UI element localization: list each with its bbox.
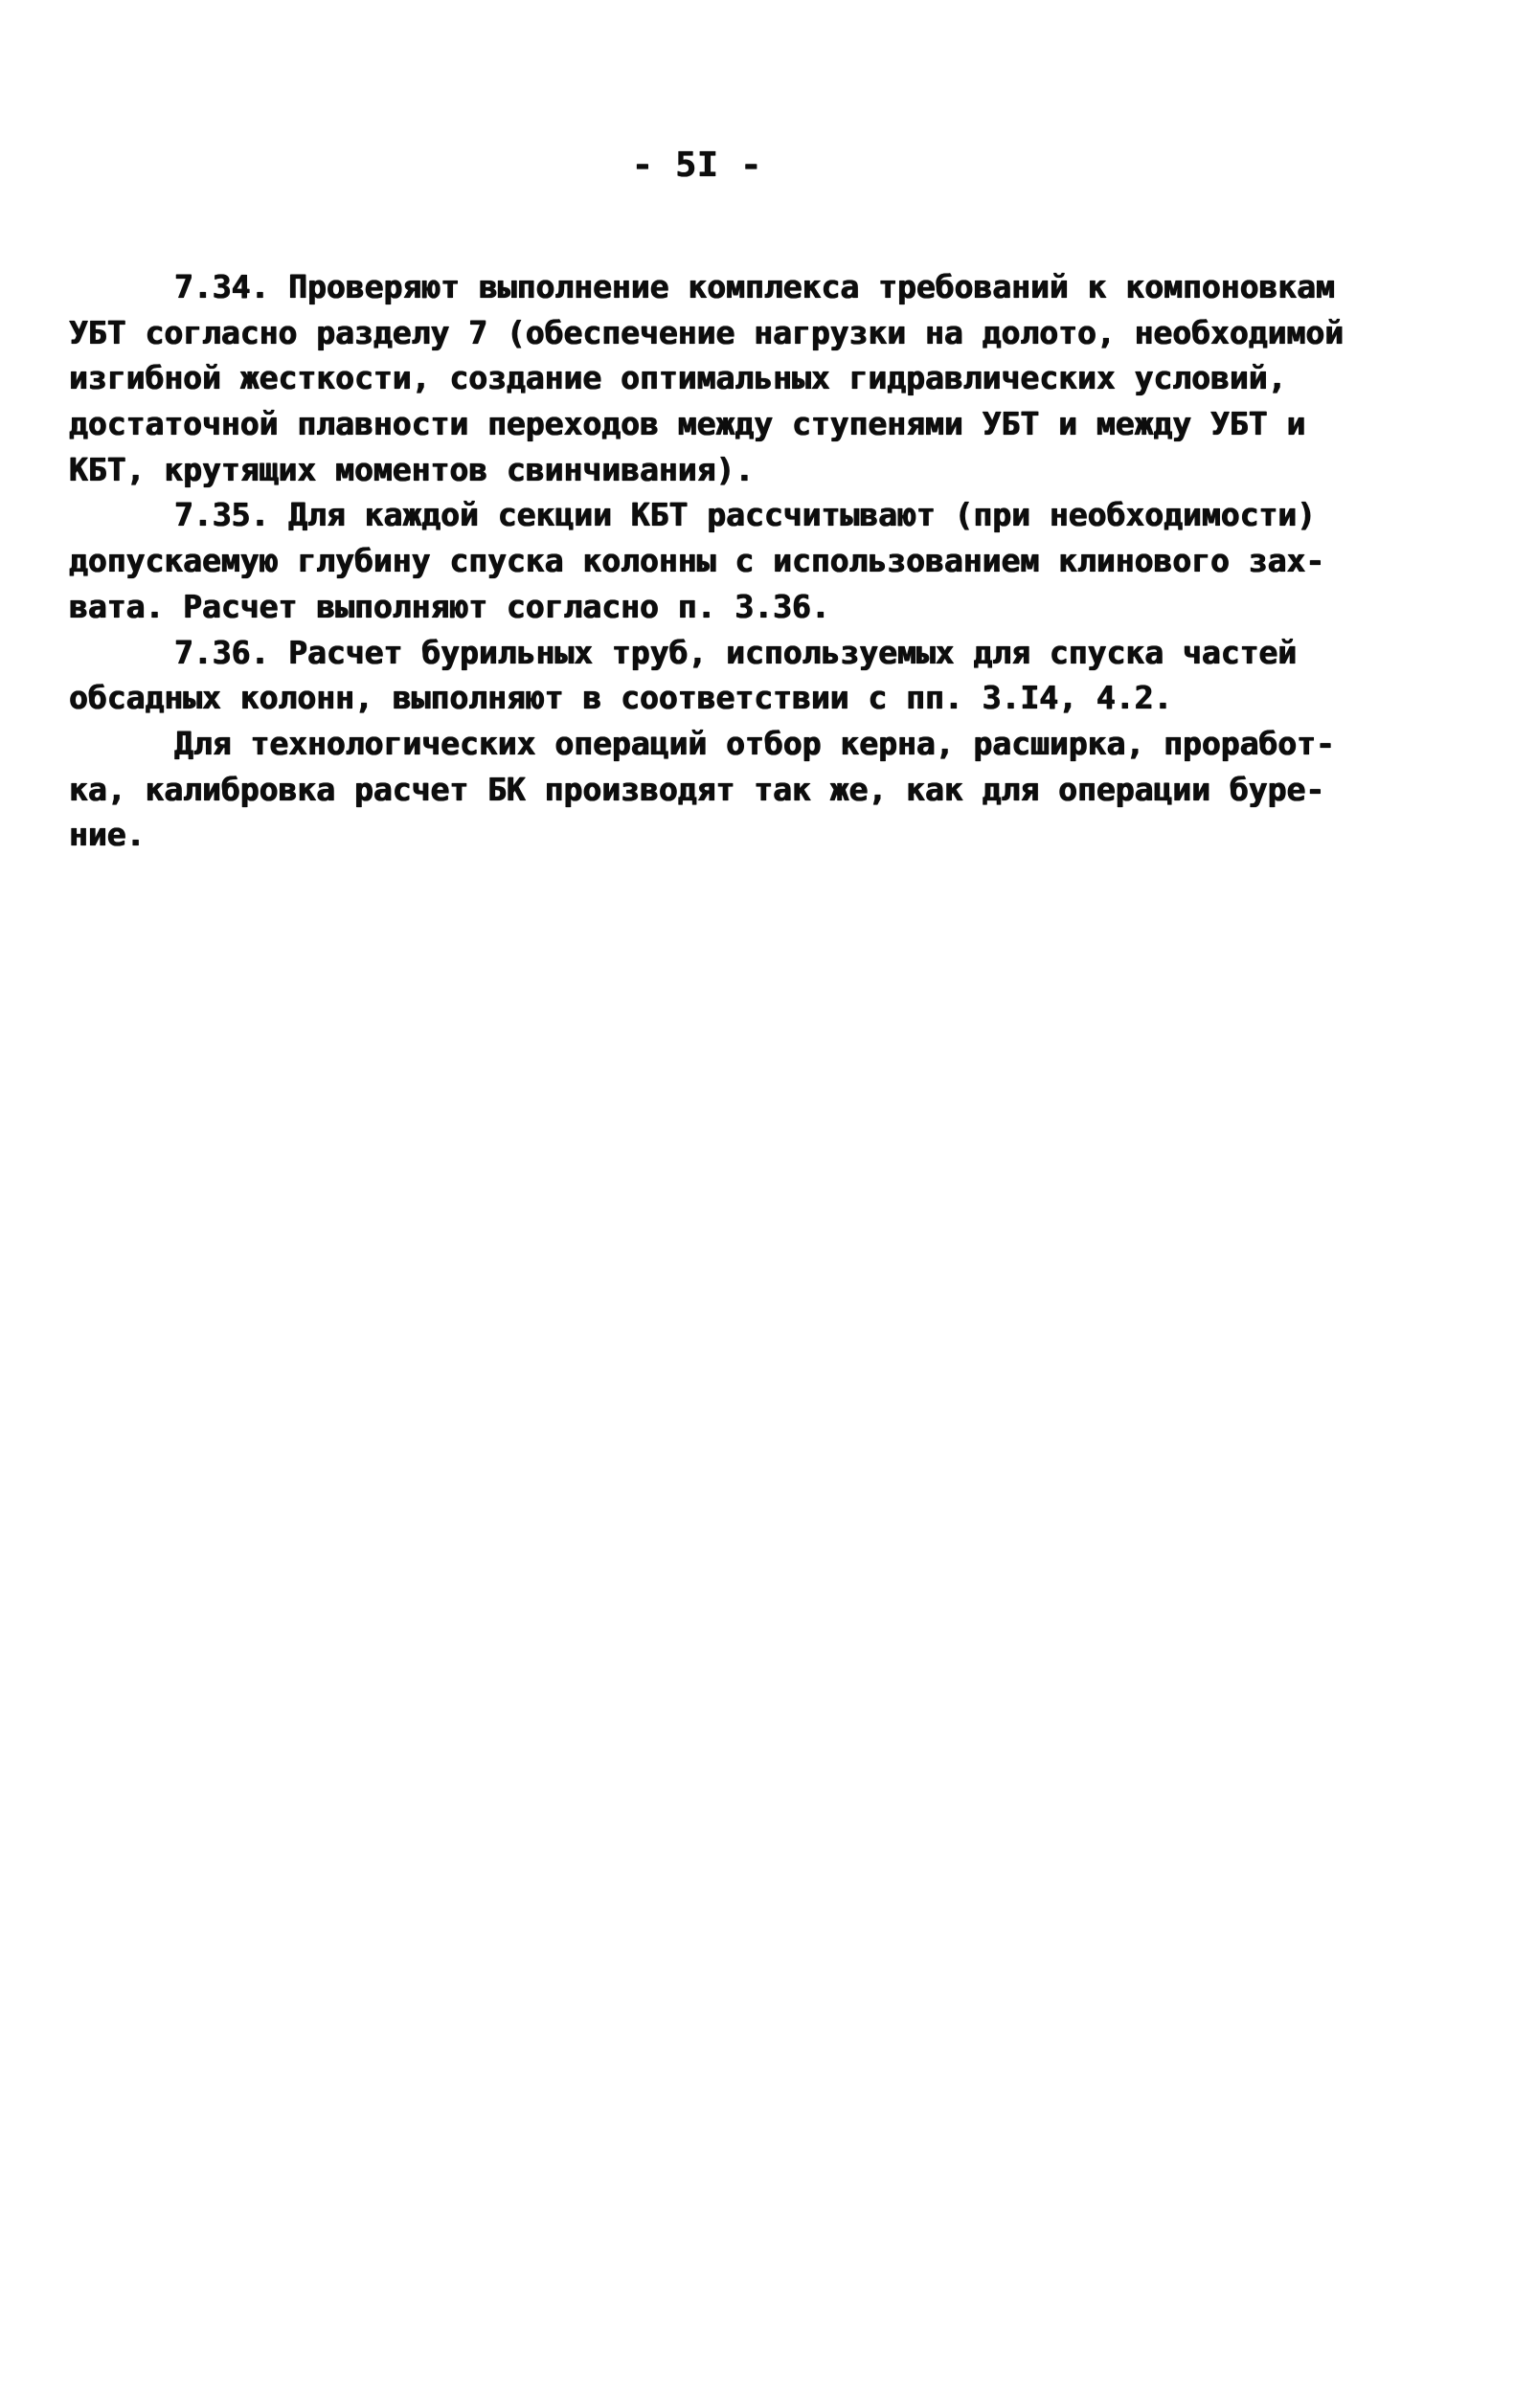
text-line: изгибной жесткости, создание оптимальных… <box>69 355 1371 401</box>
text-line: 7.35. Для каждой секции КБТ рассчитывают… <box>69 492 1371 538</box>
paragraph-7-36: 7.36. Расчет бурильных труб, используемы… <box>69 630 1371 721</box>
text-line: КБТ, крутящих моментов свинчивания). <box>69 447 1371 493</box>
text-line: 7.34. Проверяют выполнение комплекса тре… <box>69 264 1371 310</box>
text-line: 7.36. Расчет бурильных труб, используемы… <box>69 630 1371 676</box>
text-line: достаточной плавности переходов между ст… <box>69 401 1371 447</box>
text-line: ние. <box>69 812 1371 858</box>
text-line: УБТ согласно разделу 7 (обеспечение нагр… <box>69 310 1371 356</box>
text-line: Для технологических операций отбор керна… <box>69 721 1371 767</box>
paragraph-7-35: 7.35. Для каждой секции КБТ рассчитывают… <box>69 492 1371 629</box>
text-line: обсадных колонн, выполняют в соответстви… <box>69 675 1371 721</box>
paragraph-7-34: 7.34. Проверяют выполнение комплекса тре… <box>69 264 1371 492</box>
page-number: - 5I - <box>632 146 762 185</box>
document-text-block: 7.34. Проверяют выполнение комплекса тре… <box>69 264 1371 858</box>
text-line: допускаемую глубину спуска колонны с исп… <box>69 538 1371 584</box>
scanned-document-page: - 5I - 7.34. Проверяют выполнение компле… <box>0 0 1537 2408</box>
text-line: вата. Расчет выполняют согласно п. 3.36. <box>69 584 1371 630</box>
paragraph-tech-operations: Для технологических операций отбор керна… <box>69 721 1371 858</box>
text-line: ка, калибровка расчет БК производят так … <box>69 767 1371 813</box>
